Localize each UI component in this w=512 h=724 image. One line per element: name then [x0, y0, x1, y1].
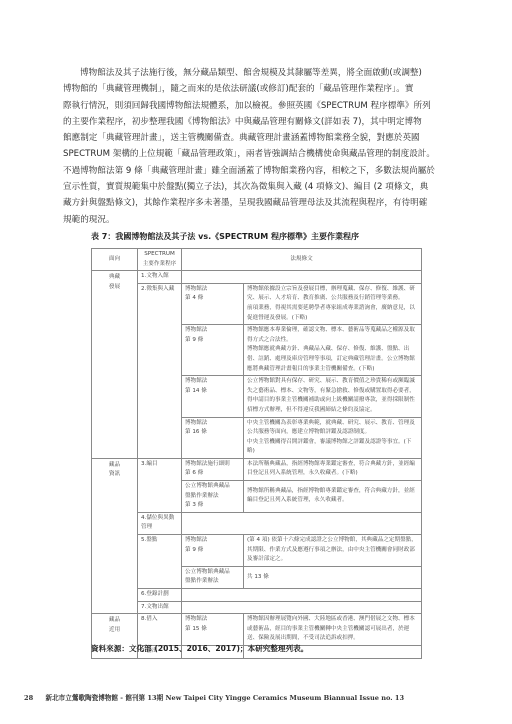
procedure-cell: 1.文物入館	[138, 271, 182, 284]
procedure-cell: 3.編目	[138, 458, 182, 512]
paragraph-line: 宣示性質，實質規範集中於盤點(獨立子法)，其次為徵集與入藏 (4 項條文)、編目…	[63, 179, 458, 195]
law-text-cell: 博物館所稱典藏品，指經博物館專業鑑定審查，符合典藏方針，並經編目登記且列入系統管…	[244, 481, 422, 513]
law-name-cell: 博物館法施行細則 第 6 條	[182, 458, 244, 480]
law-name-cell: 公立博物館典藏品 盤點作業辦法	[182, 566, 244, 588]
table-row: 藏品 資訊 3.編目 博物館法施行細則 第 6 條 本法所稱典藏品，指經博物館專…	[92, 458, 422, 480]
body-paragraph: 博物館法及其子法施行後，無分藏品類型、館舍規模及其隸屬等差異，將全面啟動(或調整…	[63, 65, 458, 228]
law-cell-empty	[182, 589, 422, 602]
law-cell-empty	[182, 512, 422, 534]
source-note: 資料來源：文化部 (2015、2016、2017)；本研究整理列表。	[91, 643, 308, 654]
procedure-cell: 5.盤點	[138, 535, 182, 589]
procedure-cell: 8.借入	[138, 614, 182, 646]
paragraph-line: 規範的現況。	[63, 212, 458, 228]
procedure-cell: 2.徵集與入藏	[138, 283, 182, 458]
law-text-cell: 共 13 條	[244, 566, 422, 588]
law-name-cell: 博物館法 第 9 條	[182, 535, 244, 567]
table-row: 2.徵集與入藏 博物館法 第 4 條 博物館依據設立宗旨及發展目標，辦理蒐藏、保…	[92, 283, 422, 324]
table-row: 典藏 發展 1.文物入館	[92, 271, 422, 284]
paragraph-line: SPECTRUM 架構的上位規範「藏品管理政策」，兩者皆強調結合機構使命與藏品管…	[63, 146, 458, 162]
procedures-table: 面向 SPECTRUM 主要作業程序 法規條文 典藏 發展 1.文物入館 2.徵…	[91, 248, 422, 659]
header-procedure-line2: 主要作業程序	[141, 260, 178, 270]
law-cell-empty	[182, 271, 422, 284]
direction-cell: 典藏 發展	[92, 271, 138, 459]
table-row: 7.文物出館	[92, 601, 422, 614]
page-number: 28	[24, 694, 33, 702]
paragraph-line: 博物館的「典藏管理機制」，隨之而來的是依法研議(或修訂)配套的「藏品管理作業程序…	[63, 81, 458, 97]
law-name-cell: 博物館法 第 16 條	[182, 417, 244, 458]
law-text-cell: 博物館因辦理展覽向外國、大陸地區或香港、澳門借展之文物、標本或藝術品，經目的事業…	[244, 614, 422, 646]
paragraph-line: 藏方針與盤點條文)，其餘作業程序多未著墨，呈現我國藏品管理母法及其流程與程序，有…	[63, 195, 458, 211]
law-text-cell: 博物館依據設立宗旨及發展目標，辦理蒐藏、保存、修復、維護、研究、展示、人才培育、…	[244, 283, 422, 324]
law-text-cell: 公立博物館對具有保存、研究、展示、教育價值之珍貴稀有或瀕臨滅失之藝術品、標本、文…	[244, 376, 422, 417]
paragraph-line: 的主要作業程序，初步整理我國《博物館法》中與藏品管理有關條文(詳如表 7)，其中…	[63, 114, 458, 130]
law-text-cell: 中央主管機關為表彰專業典範，就典藏、研究、展示、教育、管理及公共服務等面向，應建…	[244, 417, 422, 458]
table-row: 6.登錄計劃	[92, 589, 422, 602]
table-row: 4.儲位與異動 管理	[92, 512, 422, 534]
law-cell-empty	[182, 601, 422, 614]
paragraph-line: 際執行情況，則須回歸我國博物館法規體系，加以檢視。參照英國《SPECTRUM 程…	[63, 98, 458, 114]
header-direction: 面向	[92, 249, 138, 271]
law-name-cell: 博物館法 第 15 條	[182, 614, 244, 646]
header-law: 法規條文	[182, 249, 422, 271]
page-footer: 28 新北市立鶯歌陶瓷博物館 - 館刊第 13期 New Taipei City…	[24, 692, 404, 702]
table-header-row: 面向 SPECTRUM 主要作業程序 法規條文	[92, 249, 422, 271]
paragraph-line: 館應制定「典藏管理計畫」，送主管機關備查。典藏管理計畫涵蓋博物館業務全貌，對應於…	[63, 130, 458, 146]
law-name-cell: 博物館法 第 4 條	[182, 283, 244, 324]
direction-cell: 藏品 資訊	[92, 458, 138, 613]
table-caption: 表 7：我國博物館法及其子法 vs.《SPECTRUM 程序標準》主要作業程序	[91, 231, 359, 242]
law-name-cell: 公立博物館典藏品 盤點作業辦法 第 3 條	[182, 481, 244, 513]
law-name-cell: 博物館法 第 14 條	[182, 376, 244, 417]
law-text-cell: 本法所稱典藏品，指經博物館專業鑑定審查，符合典藏方針，並經編目登記且列入系統管理…	[244, 458, 422, 480]
header-procedure-line1: SPECTRUM	[141, 250, 178, 260]
paragraph-line: 博物館法及其子法施行後，無分藏品類型、館舍規模及其隸屬等差異，將全面啟動(或調整…	[63, 65, 458, 81]
procedure-cell: 7.文物出館	[138, 601, 182, 614]
table-row: 藏品 近用 8.借入 博物館法 第 15 條 博物館因辦理展覽向外國、大陸地區或…	[92, 614, 422, 646]
publication-title: 新北市立鶯歌陶瓷博物館 - 館刊第 13期 New Taipei City Yi…	[45, 694, 404, 702]
law-text-cell: (第 4 項) 依第十六條完成認證之公立博物館，其典藏品之定期盤點，其期限、作業…	[244, 535, 422, 567]
table-row: 5.盤點 博物館法 第 9 條 (第 4 項) 依第十六條完成認證之公立博物館，…	[92, 535, 422, 567]
header-procedure: SPECTRUM 主要作業程序	[138, 249, 182, 271]
law-name-cell: 博物館法 第 9 條	[182, 325, 244, 376]
procedure-cell: 4.儲位與異動 管理	[138, 512, 182, 534]
procedure-cell: 6.登錄計劃	[138, 589, 182, 602]
paragraph-line: 不過博物館法第 9 條「典藏管理計畫」雖全面涵蓋了博物館業務內容，相較之下，多數…	[63, 163, 458, 179]
law-text-cell: 博物館應本專業倫理，確認文物、標本、藝術品等蒐藏品之權源及取得方式之合法性。 博…	[244, 325, 422, 376]
